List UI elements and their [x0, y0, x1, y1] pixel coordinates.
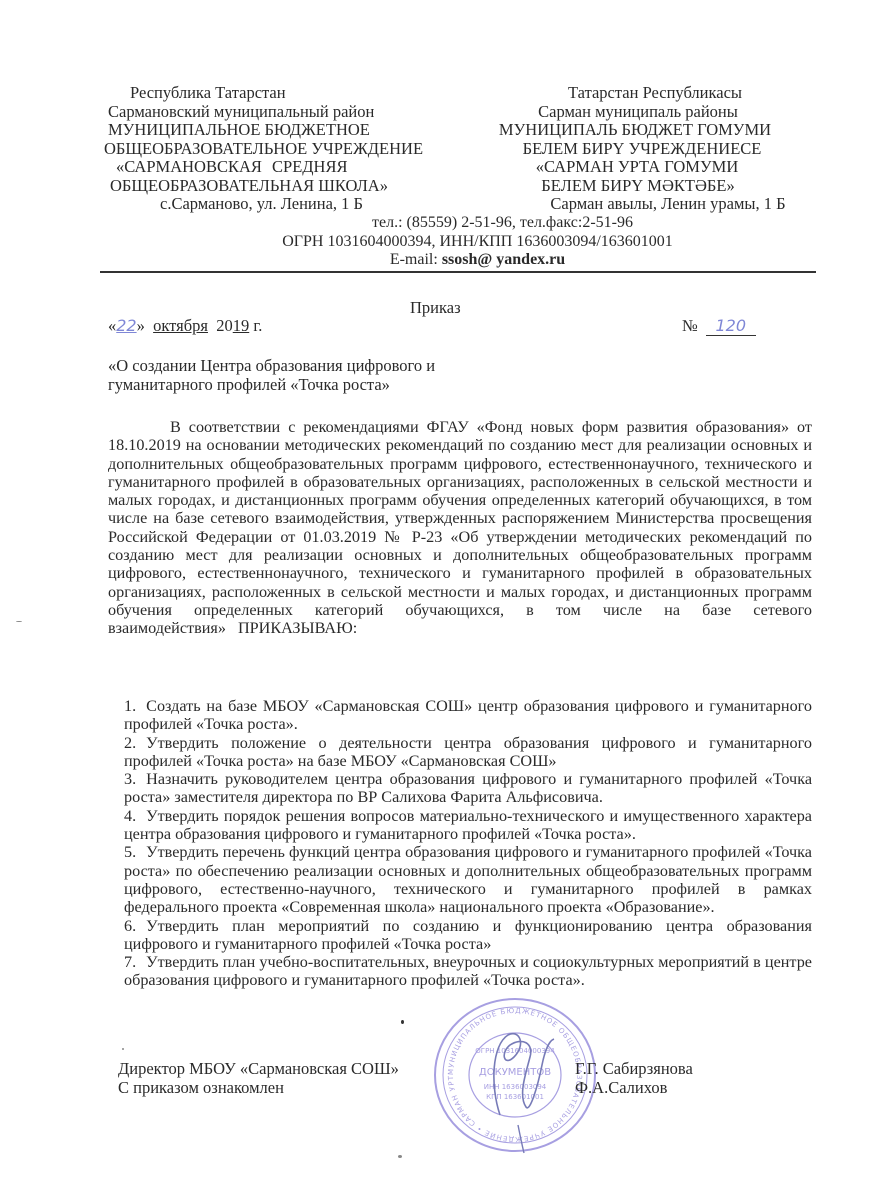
item-number: 5.	[124, 843, 136, 861]
item-text: Утвердить порядок решения вопросов матер…	[124, 807, 812, 843]
item-number: 1.	[124, 697, 136, 715]
header-right-line: Сарман муниципаль районы	[480, 103, 790, 122]
email-label: E-mail:	[390, 251, 442, 268]
date-month: октября	[153, 316, 208, 335]
svg-text:ОГРН 1031604000394: ОГРН 1031604000394	[475, 1047, 555, 1055]
date-year-suffix: 19	[233, 316, 250, 335]
order-item: 1.Создать на базе МБОУ «Сармановская СОШ…	[124, 697, 812, 734]
header-left-line: ОБЩЕОБРАЗОВАТЕЛЬНОЕ УЧРЕЖДЕНИЕ	[100, 140, 460, 159]
header-left-line: ОБЩЕОБРАЗОВАТЕЛЬНАЯ ШКОЛА»	[100, 177, 460, 196]
subject-line: гуманитарного профилей «Точка роста»	[108, 376, 435, 395]
order-items: 1.Создать на базе МБОУ «Сармановская СОШ…	[124, 697, 812, 990]
order-keyword: ПРИКАЗЫВАЮ:	[238, 619, 357, 637]
item-text: Утвердить положение о деятельности центр…	[124, 734, 812, 770]
header-right-line: БЕЛЕМ БИРҮ УЧРЕЖДЕНИЕСЕ	[480, 140, 790, 159]
quote-close: »	[137, 316, 145, 335]
header-right-line: «САРМАН УРТА ГОМУМИ	[480, 158, 790, 177]
header-right-line: Татарстан Республикасы	[480, 84, 790, 103]
signature-titles: Директор МБОУ «Сармановская СОШ» С прика…	[118, 1059, 399, 1097]
header-divider	[100, 271, 816, 273]
scan-speck	[398, 1155, 402, 1158]
order-item: 2.Утвердить положение о деятельности цен…	[124, 734, 812, 771]
acknowledged-name: Ф.А.Салихов	[575, 1078, 693, 1097]
item-number: 3.	[124, 770, 136, 788]
header-left-line: МУНИЦИПАЛЬНОЕ БЮДЖЕТНОЕ	[100, 121, 460, 140]
preamble: В соответствии с рекомендациями ФГАУ «Фо…	[108, 418, 812, 638]
order-subject: «О создании Центра образования цифрового…	[108, 357, 435, 394]
scan-speck	[122, 1048, 124, 1050]
item-number: 2.	[124, 734, 136, 752]
date-year-prefix: 20	[216, 316, 233, 335]
order-date: «22» октября 2019 г.	[108, 316, 262, 336]
item-text: Утвердить план учебно-воспитательных, вн…	[124, 953, 812, 989]
acknowledged-label: С приказом ознакомлен	[118, 1078, 399, 1097]
subject-line: «О создании Центра образования цифрового…	[108, 357, 435, 376]
order-item: 5.Утвердить перечень функций центра обра…	[124, 843, 812, 916]
email-line: E-mail: ssosh@ yandex.ru	[100, 251, 815, 270]
header-left-line: «САРМАНОВСКАЯ СРЕДНЯЯ	[100, 158, 460, 177]
director-name: Г.Г. Сабирзянова	[575, 1059, 693, 1078]
header-right-line: БЕЛЕМ БИРҮ МӘКТӘБЕ»	[480, 177, 790, 196]
item-number: 7.	[124, 953, 136, 971]
email-value: ssosh@ yandex.ru	[442, 251, 565, 268]
item-text: Утвердить план мероприятий по созданию и…	[124, 917, 812, 953]
header-left-line: Сармановский муниципальный район	[100, 103, 460, 122]
signature-names: Г.Г. Сабирзянова Ф.А.Салихов	[575, 1059, 693, 1097]
item-number: 6.	[124, 917, 136, 935]
registry-line: ОГРН 1031604000394, ИНН/КПП 1636003094/1…	[100, 233, 815, 252]
phone-line: тел.: (85559) 2-51-96, тел.факс:2-51-96	[100, 214, 815, 233]
document-type-title: Приказ	[410, 298, 461, 318]
scan-speck	[16, 621, 22, 622]
scan-speck	[401, 1020, 404, 1024]
quote-open: «	[108, 316, 116, 335]
header-left-line: Республика Татарстан	[100, 84, 460, 103]
preamble-paragraph: В соответствии с рекомендациями ФГАУ «Фо…	[108, 418, 812, 638]
header-right-address: Сарман авылы, Ленин урамы, 1 Б	[480, 195, 790, 214]
number-label: №	[682, 316, 698, 335]
header-tatar-block: Татарстан Республикасы Сарман муниципаль…	[480, 84, 790, 214]
header-right-line: МУНИЦИПАЛЬ БЮДЖЕТ ГОМУМИ	[480, 121, 790, 140]
director-title: Директор МБОУ «Сармановская СОШ»	[118, 1059, 399, 1078]
order-number: №120	[682, 316, 756, 336]
order-item: 3.Назначить руководителем центра образов…	[124, 770, 812, 807]
order-item: 4.Утвердить порядок решения вопросов мат…	[124, 807, 812, 844]
header-left-address: с.Сарманово, ул. Ленина, 1 Б	[100, 195, 460, 214]
contacts-block: тел.: (85559) 2-51-96, тел.факс:2-51-96 …	[100, 214, 815, 270]
order-item: 7.Утвердить план учебно-воспитательных, …	[124, 953, 812, 990]
number-value-handwritten: 120	[706, 316, 756, 336]
item-text: Создать на базе МБОУ «Сармановская СОШ» …	[124, 697, 812, 733]
item-number: 4.	[124, 807, 136, 825]
header-russian-block: Республика Татарстан Сармановский муници…	[100, 84, 460, 214]
order-item: 6.Утвердить план мероприятий по созданию…	[124, 917, 812, 954]
date-year-unit: г.	[249, 316, 262, 335]
date-day-handwritten: 22	[116, 316, 136, 335]
preamble-text: В соответствии с рекомендациями ФГАУ «Фо…	[108, 418, 812, 637]
item-text: Назначить руководителем центра образован…	[124, 770, 812, 806]
item-text: Утвердить перечень функций центра образо…	[124, 843, 812, 916]
